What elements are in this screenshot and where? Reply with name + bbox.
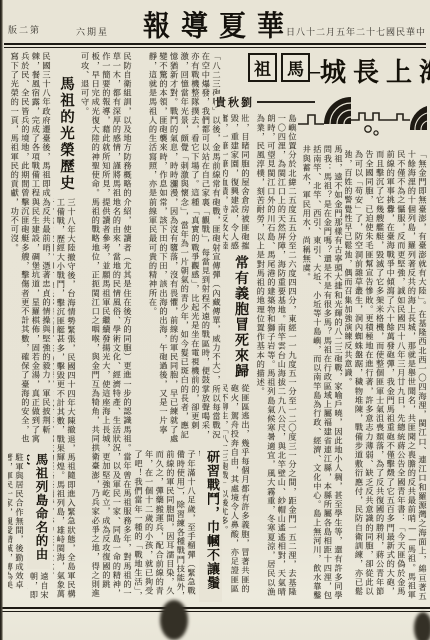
masthead-rule-thick bbox=[4, 43, 426, 45]
body-column-m3b: 子年滿十八足歲，至手榴彈（緊急戰備時使用），除習練各種戰鬥技能外，前線的軍民同胞… bbox=[134, 450, 197, 602]
body-column-l2: 民國三十八年政府遷臺後，馬祖即成為反共最前哨，憑著忠貞的情操與堅強的毅力，軍民披… bbox=[8, 52, 52, 450]
page-number-label: 版二第 bbox=[8, 25, 41, 35]
weekday: 六期星 bbox=[76, 22, 109, 40]
issue-date: 日八十二月五年二十七國民華中 bbox=[286, 22, 426, 40]
weekday-label: 六期星 bbox=[76, 27, 109, 37]
wall-illustration-svg bbox=[296, 90, 428, 142]
author-name: 貴秋劉 bbox=[215, 94, 254, 110]
masthead-rule-thin bbox=[4, 47, 426, 48]
masthead-char: 夏 bbox=[219, 3, 246, 44]
scan-smudge-bottom-right bbox=[414, 612, 430, 640]
bottom-rule-thick bbox=[0, 607, 430, 609]
body-column-m1a: 馬祖，遠不如金門那樣有古寧頭大捷和光輝的八二三砲戰，家喻戶曉，因此地小人稠，甚至… bbox=[299, 145, 344, 602]
author-byline: 貴秋劉 bbox=[215, 94, 315, 110]
masthead-char: 導 bbox=[181, 3, 208, 44]
scan-edge-left bbox=[0, 0, 3, 640]
body-column-m1b: 島嶼位置分於北緯二五度五五分至二六度四四分，東經一一九度五一分至一二〇度三一分之… bbox=[252, 114, 298, 602]
title-boxed-char-zu: 祖 bbox=[248, 53, 277, 82]
article-title-text: 城長上海 bbox=[320, 52, 430, 89]
scan-smudge-bottom-left bbox=[160, 600, 188, 640]
section-heading-mingming: 馬祖列島命名的由來 bbox=[27, 453, 50, 569]
bottom-rule-thin bbox=[0, 611, 430, 612]
body-column-l2b: 駐軍與居民合作無間，後勤成效卓著，軍民一家，親愛精誠，傳為美談。 bbox=[8, 453, 25, 602]
body-column-l1: 民防自衛組訓，以及地方防務概略的介紹，使讀者（尤其是住在後方的同胞）更進一步的認… bbox=[78, 52, 133, 602]
section-heading-zhandou: 研習戰鬥，巾幗不讓鬚眉 bbox=[199, 450, 222, 602]
section-heading-lishi: 馬祖的光榮歷史 bbox=[53, 76, 77, 194]
masthead-char: 華 bbox=[257, 3, 284, 44]
body-column-m3: 「八二三砲戰」以後，金馬前線常有砲戰，匪砲射宣傳彈（內藏傳單，威力不大），所以每… bbox=[134, 52, 222, 446]
page-number: 版二第 bbox=[8, 20, 41, 38]
section-heading-yimin: 常有義胞冒死來歸 bbox=[226, 255, 250, 379]
body-column-l1b: 三十八年大陸撤守後，台海情勢緊張，民國四十四年大陳撤退，馬祖隨即進入緊急狀態，全… bbox=[53, 198, 77, 602]
body-column-opening: 「無金門即無臺澎，有臺澎就有大陸」。在基隆西北西一〇四海浬，閩江口、連江口和羅源… bbox=[345, 150, 428, 602]
body-column-m2-bottom: 從匪區逃出，幾乎每個月都有許多義胞，冒著共匪的砲火，駕舟投奔自由，其處境令人鼻酸… bbox=[223, 384, 251, 602]
issue-date-label: 日八十二月五年二十七國民華中 bbox=[286, 27, 426, 37]
author-rule bbox=[257, 101, 315, 103]
newspaper-page: 版二第 六期星 報 導 夏 華 日八十二月五年二十七國民華中 — 城長上海 祖 … bbox=[0, 0, 430, 640]
body-column-l2c: 遠自宋朝，即有先民。 bbox=[27, 572, 50, 602]
wall-illustration bbox=[296, 90, 428, 142]
title-boxed-char-ma: 馬 bbox=[281, 53, 310, 82]
body-column-m2-top: 壯，目睹同胞的屋舍倉房被匪砲摧毀，重建家園，復興建設，令人感奮，一筆一筆的血債，… bbox=[223, 114, 251, 252]
article-title: — 城長上海 bbox=[298, 52, 430, 89]
masthead-title: 報 導 夏 華 bbox=[143, 4, 284, 43]
masthead-char: 報 bbox=[143, 3, 170, 44]
